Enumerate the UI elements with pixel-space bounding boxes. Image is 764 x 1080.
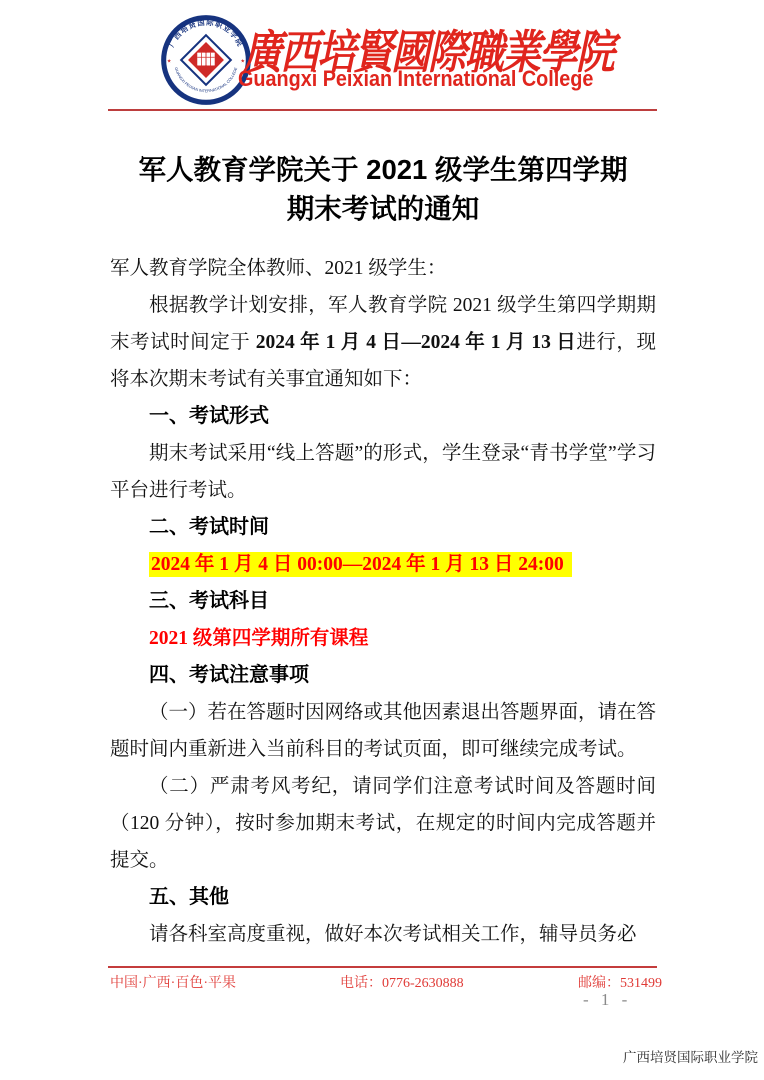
footer-location: 中国·广西·百色·平果: [110, 972, 236, 992]
emblem-star-left-icon: ★: [167, 58, 172, 64]
exam-subjects-text: 2021 级第四学期所有课程: [110, 620, 656, 657]
college-name-english: Guangxi Peixian International College: [238, 66, 593, 92]
section5-text: 请各科室高度重视，做好本次考试相关工作，辅导员务必: [110, 916, 656, 953]
section3-heading: 三、考试科目: [110, 583, 656, 620]
intro-date-range: 2024 年 1 月 4 日—2024 年 1 月 13 日: [256, 332, 577, 353]
document-body: 军人教育学院全体教师、2021 级学生： 根据教学计划安排，军人教育学院 202…: [110, 250, 656, 953]
footer-postal-code: 邮编：531499: [578, 972, 662, 992]
section4-item1: （一）若在答题时因网络或其他因素退出答题界面，请在答题时间内重新进入当前科目的考…: [110, 694, 656, 768]
section4-item2: （二）严肃考风考纪，请同学们注意考试时间及答题时间（120 分钟），按时参加期末…: [110, 768, 656, 879]
intro-paragraph: 根据教学计划安排，军人教育学院 2021 级学生第四学期期末考试时间定于 202…: [110, 287, 656, 398]
section1-heading: 一、考试形式: [110, 398, 656, 435]
letterhead-divider: [108, 109, 657, 111]
exam-time-row: 2024 年 1 月 4 日 00:00—2024 年 1 月 13 日 24:…: [110, 546, 656, 583]
section5-heading: 五、其他: [110, 879, 656, 916]
section1-text: 期末考试采用“线上答题”的形式，学生登录“青书学堂”学习平台进行考试。: [110, 435, 656, 509]
section4-heading: 四、考试注意事项: [110, 657, 656, 694]
document-title: 军人教育学院关于 2021 级学生第四学期 期末考试的通知: [110, 150, 656, 228]
page-number: - 1 -: [583, 990, 631, 1010]
section2-heading: 二、考试时间: [110, 509, 656, 546]
document-page: 广西培贤国际职业学院 GUANGXI PEIXIAN INTERNATIONAL…: [0, 0, 764, 1080]
footer-divider: [108, 966, 657, 968]
exam-time-highlighted: 2024 年 1 月 4 日 00:00—2024 年 1 月 13 日 24:…: [149, 552, 572, 577]
document-title-line1: 军人教育学院关于 2021 级学生第四学期: [110, 150, 656, 189]
salutation: 军人教育学院全体教师、2021 级学生：: [110, 250, 656, 287]
college-emblem-logo: 广西培贤国际职业学院 GUANGXI PEIXIAN INTERNATIONAL…: [160, 14, 252, 106]
footer-phone: 电话：0776-2630888: [340, 972, 464, 992]
document-title-line2: 期末考试的通知: [110, 189, 656, 228]
corner-watermark: 广西培贤国际职业学院: [623, 1046, 758, 1066]
